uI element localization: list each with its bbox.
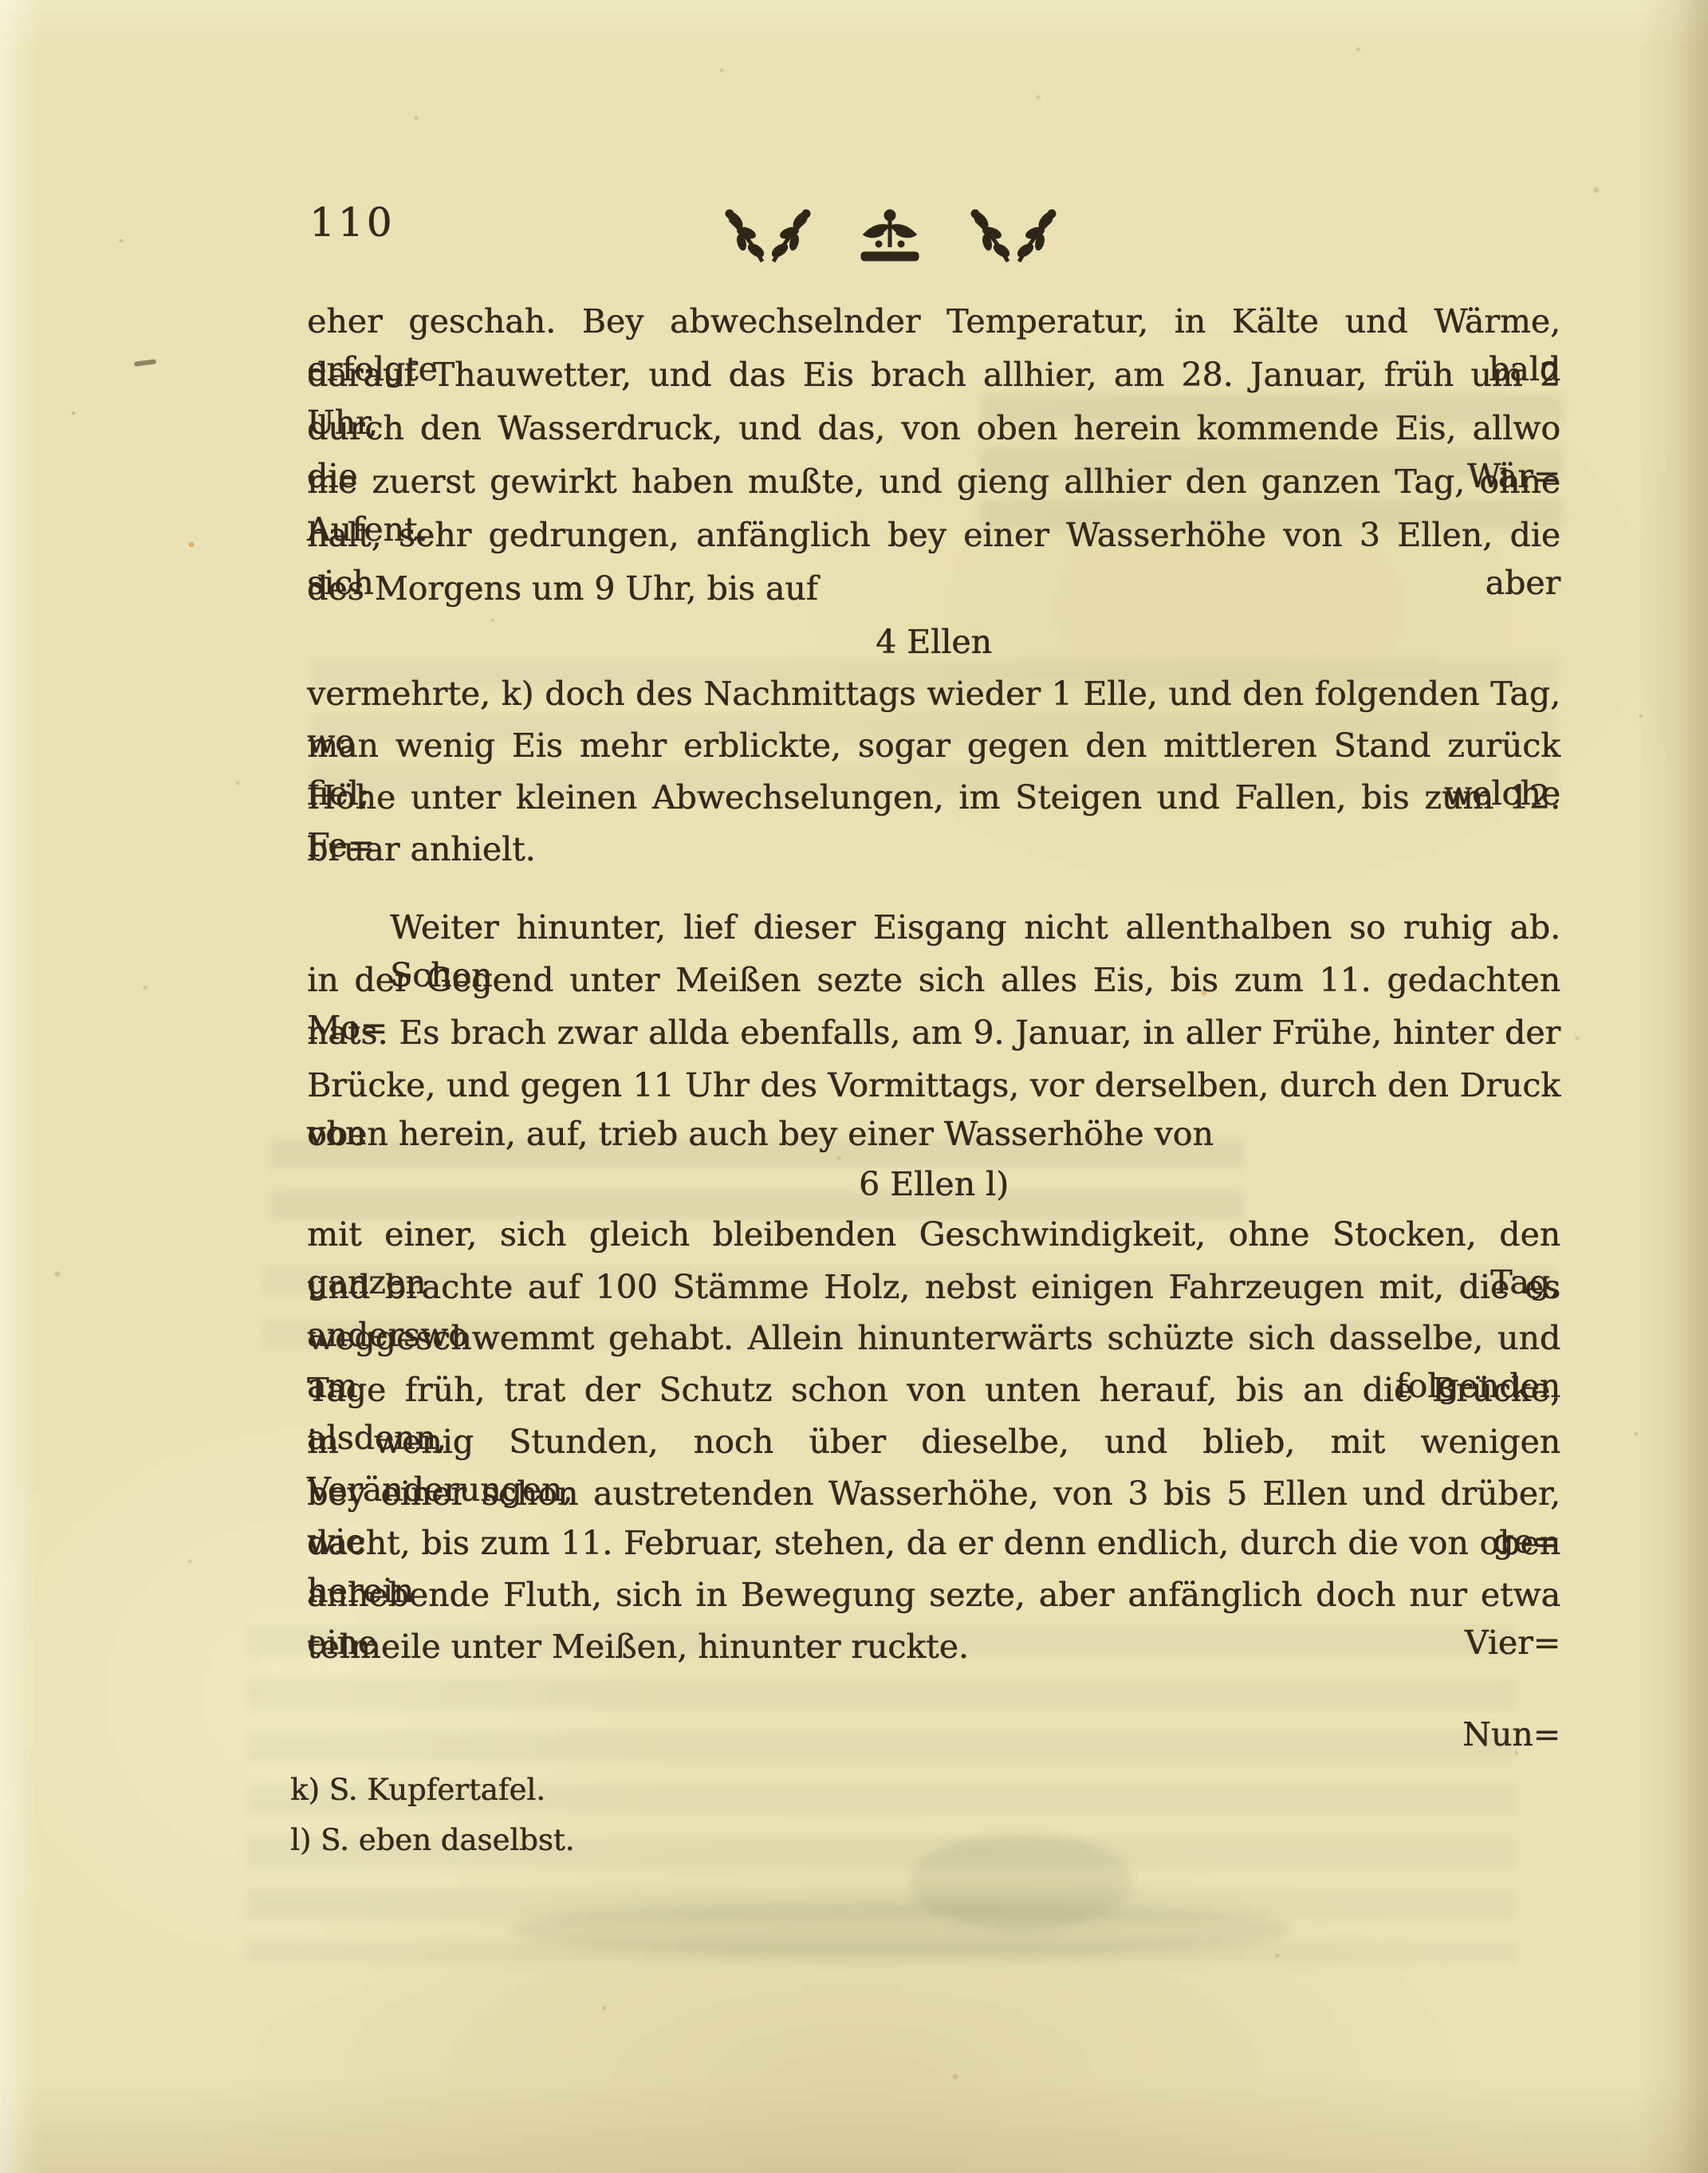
floral-sprig-icon bbox=[970, 206, 1057, 268]
text-line: Brücke, und gegen 11 Uhr des Vormittags,… bbox=[307, 1061, 1560, 1114]
text-line: Tage früh, trat der Schutz schon von unt… bbox=[307, 1366, 1560, 1419]
text-line: in der Gegend unter Meißen sezte sich al… bbox=[307, 956, 1560, 1009]
text-line: bey einer schon austretenden Wasserhöhe,… bbox=[307, 1470, 1560, 1522]
text-line: durch den Wasserdruck, und das, von oben… bbox=[307, 404, 1560, 457]
text-line: bruar anhielt. bbox=[307, 825, 1560, 878]
text-line: darauf Thauwetter, und das Eis brach all… bbox=[307, 351, 1560, 404]
header-ornament-center bbox=[856, 206, 923, 271]
text-line: und brachte auf 100 Stämme Holz, nebst e… bbox=[307, 1263, 1560, 1316]
header-ornament-right bbox=[970, 206, 1057, 271]
floral-sprig-icon bbox=[724, 206, 812, 268]
text-line: anhebende Fluth, sich in Bewegung sezte,… bbox=[307, 1571, 1560, 1624]
margin-ink-dash bbox=[134, 359, 157, 366]
book-page-scan: 110 bbox=[0, 0, 1708, 2173]
footnote: l) S. eben daselbst. bbox=[290, 1819, 1247, 1862]
text-line: me zuerst gewirkt haben mußte, und gieng… bbox=[307, 458, 1560, 510]
text-line: dacht, bis zum 11. Februar, stehen, da e… bbox=[307, 1519, 1560, 1572]
text-line: des Morgens um 9 Uhr, bis auf bbox=[307, 565, 1560, 617]
text-line: Höhe unter kleinen Abwechselungen, im St… bbox=[307, 774, 1560, 826]
text-line: oben herein, auf, trieb auch bey einer W… bbox=[307, 1110, 1560, 1163]
footnote: k) S. Kupfertafel. bbox=[290, 1769, 1247, 1812]
bleed-through-smudge bbox=[510, 1902, 1292, 1958]
text-line: telmeile unter Meißen, hinunter ruckte. bbox=[307, 1623, 1560, 1675]
header-ornament-left bbox=[724, 206, 812, 271]
text-line: Weiter hinunter, lief dieser Eisgang nic… bbox=[307, 903, 1560, 956]
text-line: in wenig Stunden, noch über dieselbe, un… bbox=[307, 1418, 1560, 1470]
catchword: Nun= bbox=[307, 1710, 1560, 1763]
text-line: vermehrte, k) doch des Nachmittags wiede… bbox=[307, 670, 1560, 722]
page-number: 110 bbox=[309, 199, 395, 246]
heading-6-ellen: 6 Ellen l) bbox=[307, 1160, 1560, 1213]
text-line: eher geschah. Bey abwechselnder Temperat… bbox=[307, 297, 1560, 350]
text-line: weggeschwemmt gehabt. Allein hinunterwär… bbox=[307, 1314, 1560, 1367]
text-line: man wenig Eis mehr erblickte, sogar gege… bbox=[307, 722, 1560, 774]
text-line: nats. Es brach zwar allda ebenfalls, am … bbox=[307, 1009, 1560, 1061]
text-line: halt, sehr gedrungen, anfänglich bey ein… bbox=[307, 511, 1560, 564]
fleuron-crown-icon bbox=[856, 206, 923, 268]
text-line: mit einer, sich gleich bleibenden Geschw… bbox=[307, 1211, 1560, 1263]
heading-4-ellen: 4 Ellen bbox=[307, 618, 1560, 671]
